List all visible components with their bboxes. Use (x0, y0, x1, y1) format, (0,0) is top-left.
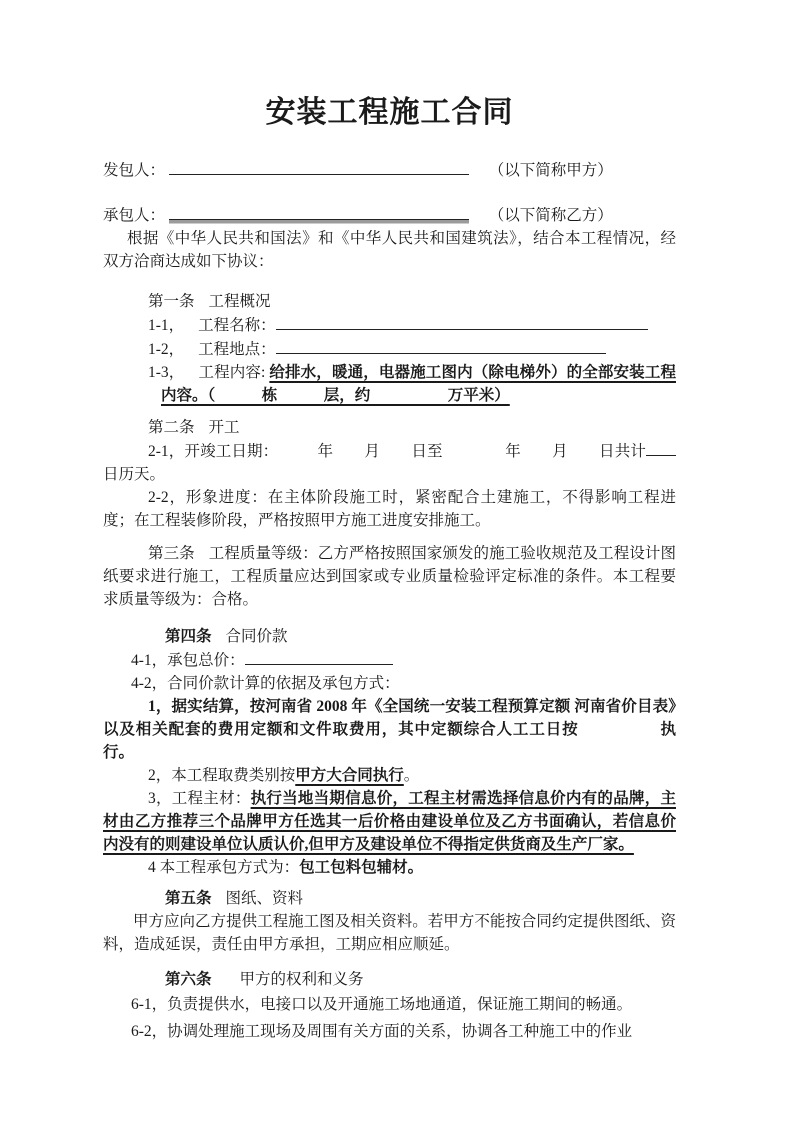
party-b-blank-line (169, 203, 469, 220)
item-6-2-text: 协调处理施工现场及周围有关方面的关系，协调各工种施工中的作业 (167, 1023, 632, 1040)
sub-2-underlined: 甲方大合同执行 (295, 767, 404, 784)
party-b-label: 承包人： (103, 207, 165, 224)
item-1-3-label: 工程内容: (198, 364, 269, 381)
item-1-2-number: 1-2， (148, 341, 184, 358)
item-4-2-sub-4: 4 本工程承包方式为：包工包料包辅材。 (103, 856, 676, 879)
item-6-2-number: 6-2， (131, 1023, 167, 1040)
item-2-1-text-pre: 开竣工日期： 年 月 日至 年 月 日共计 (184, 443, 646, 460)
item-2-1-number: 2-1， (148, 443, 184, 460)
sub-2-text-post: 。 (404, 767, 420, 784)
item-4-2-sub-2: 2，本工程取费类别按甲方大合同执行。 (103, 764, 676, 787)
item-1-2-label: 工程地点： (198, 341, 276, 358)
item-4-2-label: 合同价款计算的依据及承包方式： (167, 675, 400, 692)
article-5-number: 第五条 (165, 890, 212, 907)
article-1-title: 工程概况 (209, 293, 271, 310)
item-4-1-label: 承包总价： (167, 652, 245, 669)
item-1-1: 1-1，工程名称： (103, 313, 676, 337)
item-6-1-number: 6-1， (131, 996, 167, 1013)
item-1-3-number: 1-3， (148, 364, 184, 381)
item-1-3: 1-3，工程内容: 给排水，暖通，电器施工图内（除电梯外）的全部安装工程内容。（… (103, 361, 676, 407)
party-b-row: 承包人： （以下简称乙方） (103, 203, 676, 227)
item-2-2-text: 形象进度：在主体阶段施工时，紧密配合土建施工，不得影响工程进度；在工程装修阶段，… (103, 489, 676, 529)
item-6-1-text: 负责提供水，电接口以及开通施工场地通道，保证施工期间的畅通。 (167, 996, 632, 1013)
article-3-number: 第三条 (148, 545, 195, 562)
article-2-number: 第二条 (148, 419, 195, 436)
party-a-alias: （以下简称甲方） (489, 162, 613, 179)
item-1-2-blank-line (276, 337, 606, 354)
item-4-2-sub-1: 1，据实结算，按河南省 2008 年《全国统一安装工程预算定额 河南省价目表》以… (103, 695, 676, 764)
party-a-row: 发包人： （以下简称甲方） (103, 158, 676, 182)
item-2-2: 2-2，形象进度：在主体阶段施工时，紧密配合土建施工，不得影响工程进度；在工程装… (103, 486, 676, 532)
document-title: 安装工程施工合同 (103, 92, 676, 134)
article-6-heading: 第六条甲方的权利和义务 (103, 968, 676, 991)
article-6-number: 第六条 (165, 971, 212, 988)
item-4-2-sub-3: 3，工程主材：执行当地当期信息价，工程主材需选择信息价内有的品牌，主材由乙方推荐… (103, 787, 676, 856)
article-4-number: 第四条 (165, 628, 212, 645)
party-b-alias: （以下简称乙方） (489, 207, 613, 224)
article-1-heading: 第一条工程概况 (103, 290, 676, 313)
item-4-2: 4-2，合同价款计算的依据及承包方式： (103, 672, 676, 695)
item-4-1-blank-line (245, 648, 393, 665)
party-a-blank-line (169, 158, 469, 175)
sub-4-bold: 包工包料包辅材。 (299, 859, 423, 876)
preamble: 根据《中华人民共和国法》和《中华人民共和国建筑法》，结合本工程情况，经双方洽商达… (103, 227, 676, 273)
article-3-paragraph: 第三条工程质量等级：乙方严格按照国家颁发的施工验收规范及工程设计图纸要求进行施工… (103, 542, 676, 611)
article-5-paragraph: 甲方应向乙方提供工程施工图及相关资料。若甲方不能按合同约定提供图纸、资料，造成延… (103, 910, 676, 956)
item-1-2: 1-2，工程地点： (103, 337, 676, 361)
item-6-2: 6-2，协调处理施工现场及周围有关方面的关系，协调各工种施工中的作业 (103, 1018, 676, 1045)
article-3-lead: 工程质量等级： (209, 545, 318, 562)
item-1-1-blank-line (276, 313, 648, 330)
sub-4-text: 4 本工程承包方式为： (148, 859, 299, 876)
sub-2-text-pre: 2，本工程取费类别按 (148, 767, 295, 784)
sub-3-label: 3，工程主材： (148, 790, 251, 807)
item-1-1-number: 1-1， (148, 317, 184, 334)
item-4-1: 4-1，承包总价： (103, 648, 676, 672)
article-2-title: 开工 (209, 419, 240, 436)
article-5-title: 图纸、资料 (226, 890, 304, 907)
item-6-1: 6-1，负责提供水，电接口以及开通施工场地通道，保证施工期间的畅通。 (103, 991, 676, 1018)
contract-page: 安装工程施工合同 发包人： （以下简称甲方） 承包人： （以下简称乙方） 根据《… (0, 0, 794, 1123)
article-4-heading: 第四条合同价款 (103, 625, 676, 648)
item-2-1-text-post: 日历天。 (103, 466, 165, 483)
article-2-heading: 第二条开工 (103, 416, 676, 439)
item-4-2-number: 4-2， (131, 675, 167, 692)
article-6-title: 甲方的权利和义务 (240, 971, 364, 988)
article-4-title: 合同价款 (226, 628, 288, 645)
article-1-number: 第一条 (148, 293, 195, 310)
item-2-1: 2-1，开竣工日期： 年 月 日至 年 月 日共计日历天。 (103, 439, 676, 486)
item-2-2-number: 2-2， (148, 489, 186, 506)
article-5-heading: 第五条图纸、资料 (103, 887, 676, 910)
item-2-1-days-blank (646, 439, 676, 456)
party-a-label: 发包人： (103, 162, 165, 179)
item-1-1-label: 工程名称： (198, 317, 276, 334)
item-4-1-number: 4-1， (131, 652, 167, 669)
